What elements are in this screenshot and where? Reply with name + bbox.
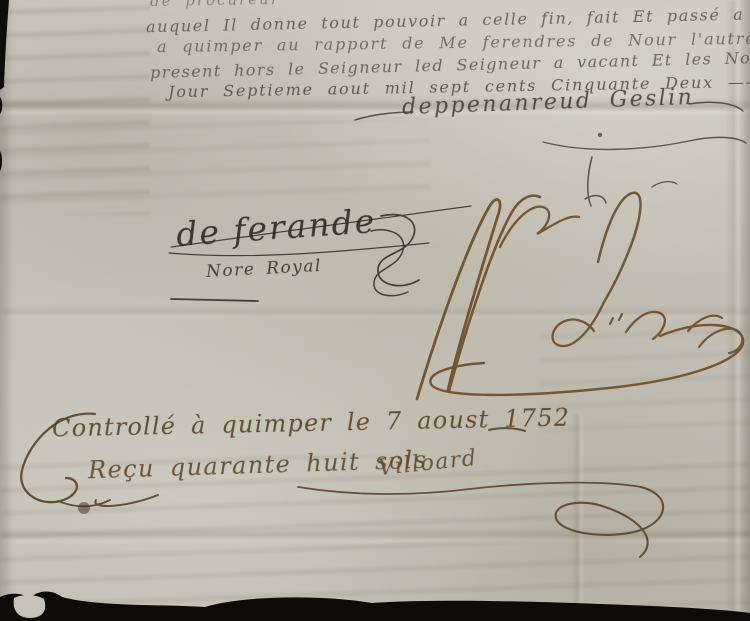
photo-edge-left-nick-2 xyxy=(0,151,2,171)
villoard-connector xyxy=(298,483,641,494)
bleed-through-text xyxy=(540,325,750,435)
recu-initial-flourish xyxy=(58,495,158,506)
geslin-paraph-mark xyxy=(585,157,606,206)
photo-edge-left-nick-1 xyxy=(0,97,2,114)
grand-signature-mid-letters xyxy=(626,312,665,339)
grand-signature-top-letters xyxy=(500,207,579,247)
signature-geslin: deppenanreud Geslin xyxy=(402,85,695,120)
controlle-initial-flourish xyxy=(21,414,95,503)
deferande-underline xyxy=(171,299,258,301)
body-line-2: auquel Il donne tout pouvoir a celle fin… xyxy=(146,5,745,37)
grand-signature-slash-2 xyxy=(449,196,540,391)
signature-villoard: Villoard xyxy=(377,446,479,481)
photo-edge-bottom xyxy=(0,591,750,621)
manuscript-photo: de procureur auquel Il donne tout pouvoi… xyxy=(0,0,750,621)
fold-crease-horizontal xyxy=(0,528,750,544)
deferande-crossbar-2 xyxy=(169,243,429,256)
bleed-through-text xyxy=(0,120,430,205)
deferande-paraph-knot-2 xyxy=(371,230,408,296)
photo-edge-left xyxy=(0,0,9,90)
body-line-1: de procureur xyxy=(150,0,280,10)
grand-signature-descender xyxy=(553,302,605,346)
deferande-paraph-knot xyxy=(378,215,419,286)
ink-spot xyxy=(598,133,602,137)
fold-crease-horizontal xyxy=(0,306,750,320)
left-edge-shading xyxy=(0,0,14,621)
fold-crease-vertical xyxy=(572,415,584,621)
control-line: Controllé à quimper le 7 aoust 1752 xyxy=(52,404,571,443)
notary-title: Nore Royal xyxy=(206,256,323,282)
grand-signature-bottom-loop xyxy=(430,325,743,395)
body-line-3: a quimper au rapport de Me ferendres de … xyxy=(157,29,750,56)
geslin-leading-dash xyxy=(355,112,413,120)
bleed-through-text xyxy=(0,455,750,605)
receipt-line: Reçu quarante huit sols xyxy=(88,446,428,485)
fold-crease-horizontal xyxy=(0,98,750,116)
control-trailing-dash xyxy=(489,428,525,431)
grand-signature-slash-1 xyxy=(417,200,500,399)
grand-signature-dots xyxy=(610,314,622,324)
geslin-small-tick xyxy=(652,182,677,187)
body-line-4: present hors le Seigneur led Seigneur a … xyxy=(150,47,750,82)
ink-blot xyxy=(78,502,90,514)
grand-signature-right-squiggle xyxy=(688,316,742,353)
ink-flourishes-overlay xyxy=(0,0,750,621)
villoard-paraph-loop xyxy=(556,487,664,557)
right-edge-shading xyxy=(738,0,750,621)
grand-signature-tall-loop xyxy=(598,193,641,302)
body-line-5: Jour Septieme aout mil sept cents Cinqua… xyxy=(168,72,750,102)
geslin-tail-flourish xyxy=(689,102,743,111)
torn-corner-tab xyxy=(14,595,46,618)
bleed-through-text xyxy=(0,0,150,215)
signature-deferande: de ferande xyxy=(175,201,377,254)
fold-crease-vertical xyxy=(726,0,742,621)
geslin-underline-flourish xyxy=(543,137,746,149)
deferande-crossbar xyxy=(171,206,471,247)
